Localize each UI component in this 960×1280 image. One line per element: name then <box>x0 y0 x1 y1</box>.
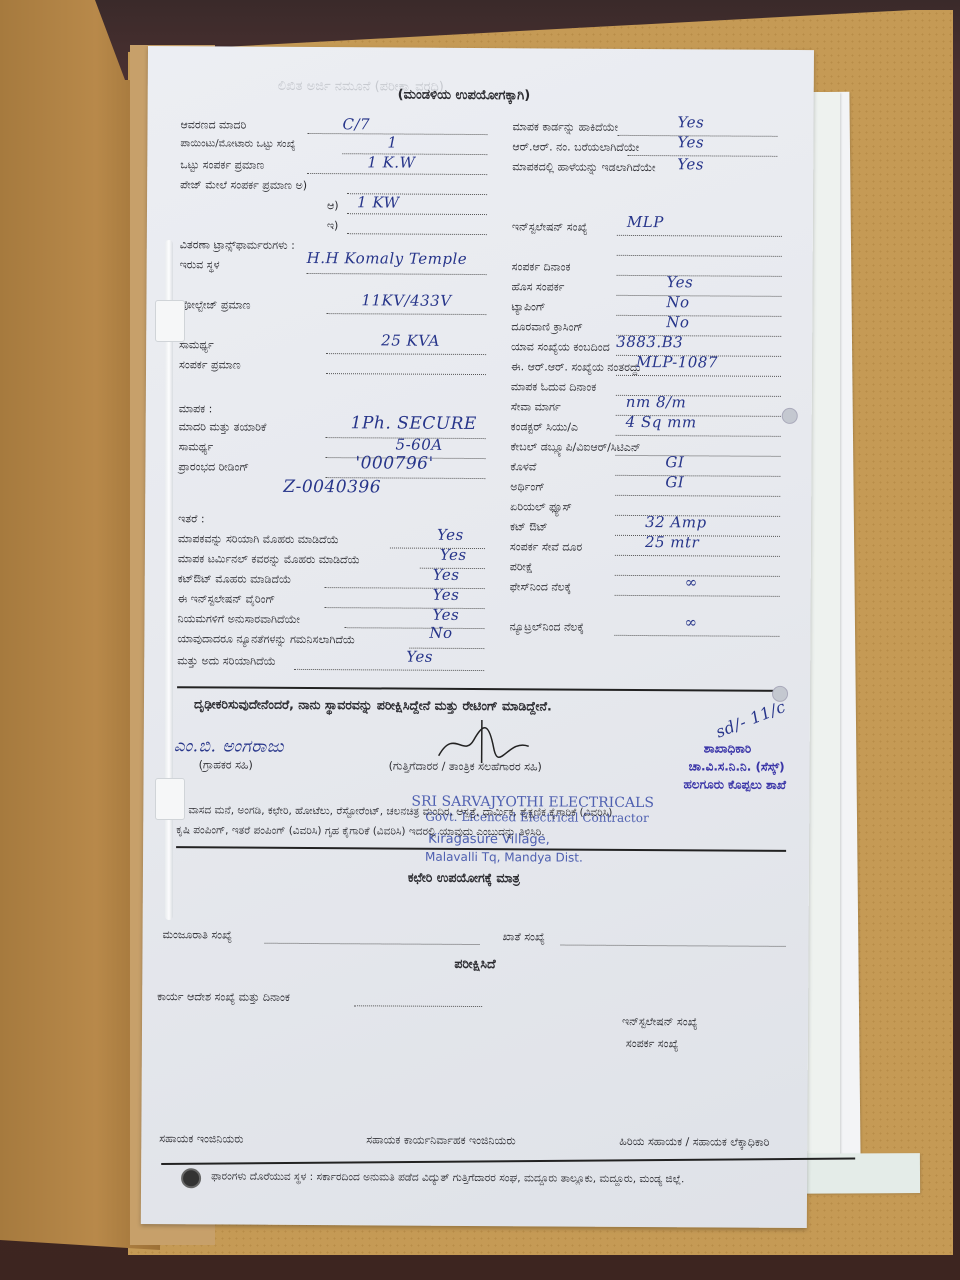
dotted-line <box>617 235 782 237</box>
dotted-line <box>615 475 780 477</box>
form-page: ಲಿಖಿತ ಅರ್ಜಿ ನಮೂನೆ (ಪರೀಕ್ಷಾ ವರದಿ) (ಮಂಡಳಿಯ… <box>141 46 814 1228</box>
divider <box>177 686 787 692</box>
field-label: ಸಂಪರ್ಕ ಪ್ರಮಾಣ <box>179 358 241 372</box>
field-label: ಕಾರ್ಯ ಆದೇಶ ಸಂಖ್ಯೆ ಮತ್ತು ದಿನಾಂಕ <box>157 990 290 1005</box>
dotted-line <box>616 435 781 437</box>
field-value[interactable]: 25 mtr <box>645 533 699 551</box>
field-label: ಸೇವಾ ಮಾರ್ಗ <box>511 400 561 414</box>
field-label: ಪಾಯಿಂಟು/ಮೋಟಾರು ಒಟ್ಟು ಸಂಖ್ಯೆ <box>180 138 295 150</box>
field-label: ಪ್ರಾರಂಭದ ರೀಡಿಂಗ್ <box>178 460 249 474</box>
field-label: ಇನ್‌ಸ್ಟಲೇಷನ್ ಸಂಖ್ಯೆ <box>622 1015 698 1029</box>
field-label: ಇ) <box>327 219 339 233</box>
field-label: ಇನ್‌ಸ್ಟಲೇಷನ್ ಸಂಖ್ಯೆ <box>512 220 588 234</box>
field-label: ಸಾಮರ್ಥ್ಯ <box>179 440 214 454</box>
dotted-line <box>326 353 486 355</box>
field-value-total-load[interactable]: 1 K.W <box>367 153 415 171</box>
field-value-meter-sealed[interactable]: Yes <box>437 526 464 544</box>
dotted-line <box>344 627 484 629</box>
dotted-line <box>307 273 487 275</box>
field-value-cutout-sealed[interactable]: Yes <box>433 566 460 584</box>
contractor-signature-label: (ಗುತ್ತಿಗೆದಾರರ / ತಾಂತ್ರಿಕ ಸಲಹೆಗಾರರ ಸಹಿ) <box>389 759 542 774</box>
usage-text: ವಾಸದ ಮನೆ, ಅಂಗಡಿ, ಕಛೇರಿ, ಹೋಟೆಲು, ರೆಸ್ಟೋರೆ… <box>188 804 612 820</box>
dotted-line <box>561 945 786 947</box>
dotted-line <box>265 943 480 945</box>
field-value[interactable]: GI <box>665 473 684 491</box>
field-label: ಖಾತೆ ಸಂಖ್ಯೆ <box>503 930 545 944</box>
field-label: ಸಂಪರ್ಕ ಸಂಖ್ಯೆ <box>626 1037 679 1051</box>
footer-text: ಫಾರಂಗಳು ದೊರೆಯುವ ಸ್ಥಳ : ಸರ್ಕಾರದಿಂದ ಅನುಮತಿ… <box>211 1170 684 1186</box>
signatory-label: ಹಿರಿಯ ಸಹಾಯಕ / ಸಹಾಯಕ ಲೆಕ್ಕಾಧಿಕಾರಿ <box>619 1135 769 1150</box>
field-value[interactable]: 4 Sq mm <box>626 413 697 431</box>
signatory-label: ಸಹಾಯಕ ಕಾರ್ಯನಿರ್ವಾಹಕ ಇಂಜಿನಿಯರು <box>366 1133 515 1148</box>
dotted-line <box>347 213 487 215</box>
field-label: ಸಂಪರ್ಕ ಸೇವೆ ದೂರ <box>510 540 582 554</box>
field-value[interactable]: ∞ <box>684 613 697 631</box>
dotted-line <box>616 295 781 297</box>
field-value-meter-serial[interactable]: Z-0040396 <box>283 477 381 498</box>
field-label: ಆವರಣದ ಮಾದರಿ <box>180 118 246 132</box>
field-label: ಯಾವ ಸಂಖ್ಯೆಯ ಕಂಬದಿಂದ <box>511 340 610 355</box>
field-label: ಮಾಪಕ ಓದುವ ದಿನಾಂಕ <box>511 380 596 395</box>
section-heading-transformer: ವಿತರಣಾ ಟ್ರಾನ್ಸ್‌ಫಾರ್ಮರುಗಳು : <box>180 238 295 253</box>
emblem-icon <box>181 1168 201 1188</box>
field-value[interactable]: No <box>666 293 689 311</box>
fastener-clip[interactable] <box>155 300 185 342</box>
field-value-is-correct[interactable]: Yes <box>406 648 433 666</box>
field-value[interactable]: 32 Amp <box>645 513 707 531</box>
form-title: (ಮಂಡಳಿಯ ಉಪಯೋಗಕ್ಕಾಗಿ) <box>398 88 531 104</box>
punch-hole <box>772 686 788 702</box>
punch-hole <box>782 408 798 424</box>
dotted-line <box>326 313 486 315</box>
field-value-phase-b[interactable]: 1 KW <box>357 193 400 211</box>
field-value-as-per-rules[interactable]: Yes <box>432 606 459 624</box>
field-label: ಮಾದರಿ ಮತ್ತು ತಯಾರಿಕೆ <box>179 420 267 435</box>
officer-initials: sd/- 11/c <box>713 697 788 742</box>
dotted-line <box>307 173 487 175</box>
dotted-line <box>325 607 485 609</box>
office-use-heading: ಕಛೇರಿ ಉಪಯೋಗಕ್ಕೆ ಮಾತ್ರ <box>408 870 520 887</box>
field-value-voltage[interactable]: 11KV/433V <box>361 291 451 310</box>
field-label: ಆರ್.ಆರ್. ನಂ. ಬರೆಯಲಾಗಿದೆಯೇ <box>512 140 639 155</box>
field-label: ಕೇಬಲ್ ಡಬ್ಲ್ಯೂಪಿ/ವಿಐಆರ್/ಸಿಟಿಎನ್ <box>511 440 641 455</box>
field-label: ಒಟ್ಟು ಸಂಪರ್ಕ ಪ್ರಮಾಣ <box>180 158 264 173</box>
officer-stamp-line: ಹಲಗೂರು ಕೊಪ್ಪಲು ಶಾಖೆ <box>683 777 786 793</box>
consumer-signature-label: (ಗ್ರಾಹಕರ ಸಹಿ) <box>199 758 253 772</box>
divider <box>161 1157 855 1164</box>
field-value[interactable]: MLP-1087 <box>636 353 718 371</box>
field-label: ನಿಯಮಗಳಿಗೆ ಅನುಸಾರವಾಗಿದೆಯೇ <box>177 612 300 627</box>
officer-stamp-line: ಚಾ.ವಿ.ಸ.ನಿ.ನಿ. (ಸೆಸ್ಕ್) <box>689 759 785 775</box>
dotted-line <box>617 275 782 277</box>
dotted-line <box>347 233 487 235</box>
field-value-meter-make[interactable]: 1Ph. SECURE <box>351 413 477 434</box>
field-label: ನ್ಯೂಟ್ರಲ್‌ನಿಂದ ನೆಲಕ್ಕೆ <box>509 620 583 634</box>
field-label: ಏರಿಯಲ್ ಫ್ಯೂಸ್ <box>510 500 572 514</box>
field-value[interactable]: Yes <box>667 273 694 291</box>
field-label: ಆ) <box>327 199 339 213</box>
dotted-line <box>616 315 781 317</box>
consumer-signature: ಎಂ.ಬಿ. ಅಂಗರಾಜು <box>174 736 284 757</box>
usage-text: ಕೃಷಿ ಪಂಪಿಂಗ್, ಇತರೆ ಪಂಪಿಂಗ್ (ವಿವರಿಸಿ) ಗೃಹ… <box>176 824 544 839</box>
field-value[interactable]: ∞ <box>685 573 698 591</box>
contractor-stamp-line: Malavalli Tq, Mandya Dist. <box>425 850 583 865</box>
field-label: ಕೊಳವೆ <box>510 460 536 474</box>
declaration-text: ದೃಢೀಕರಿಸುವುದೇನೆಂದರೆ, ನಾನು ಸ್ಥಾವರವನ್ನು ಪರ… <box>194 696 552 714</box>
field-label: ಕಟ್‌ಔಟ್ ಮೊಹರು ಮಾಡಿದೆಯೆ <box>178 572 292 587</box>
dotted-line <box>616 455 781 457</box>
dotted-line <box>294 669 484 671</box>
field-value-meter-card[interactable]: Yes <box>677 113 704 131</box>
field-label: ಕಂಡಕ್ಟರ್ ಸಿಯು/ಎ <box>511 420 578 434</box>
field-value-premises-type[interactable]: C/7 <box>342 115 370 133</box>
field-label: ಪೇಜ್ ಮೇಲೆ ಸಂಪರ್ಕ ಪ್ರಮಾಣ ಅ) <box>180 178 307 193</box>
field-value-sheet-in-meter[interactable]: Yes <box>677 155 704 173</box>
field-label: ಮಂಜೂರಾತಿ ಸಂಖ್ಯೆ <box>163 928 233 942</box>
field-value[interactable]: nm 8/m <box>626 393 687 411</box>
field-value[interactable]: 3883.B3 <box>616 333 683 351</box>
field-label: ಇರುವ ಸ್ಥಳ <box>180 258 220 272</box>
field-label: ಈ. ಆರ್.ಆರ್. ಸಂಖ್ಯೆಯ ನಂತರದ್ದು <box>511 360 642 375</box>
field-label: ಫೇಸ್‌ನಿಂದ ನೆಲಕ್ಕೆ <box>510 580 572 594</box>
field-value[interactable]: MLP <box>627 213 664 231</box>
field-value-terminal-sealed[interactable]: Yes <box>440 546 467 564</box>
signatory-label: ಸಹಾಯಕ ಇಂಜಿನಿಯರು <box>159 1132 243 1147</box>
field-label: ಈ ಇನ್‌ಸ್ಟಲೇಷನ್ ವೈರಿಂಗ್ <box>178 592 276 607</box>
field-value-rr-no-written[interactable]: Yes <box>677 133 704 151</box>
field-value-location[interactable]: H.H Komaly Temple <box>307 249 468 268</box>
dotted-line <box>325 587 485 589</box>
field-label: ಸಂಪರ್ಕ ದಿನಾಂಕ <box>512 260 571 274</box>
field-value-meter-capacity[interactable]: 5-60A <box>396 436 443 454</box>
dotted-line <box>617 255 782 257</box>
checked-heading: ಪರೀಕ್ಷಿಸಿದೆ <box>454 956 495 972</box>
field-label: ಯಾವುದಾದರೂ ನ್ಯೂನತೆಗಳನ್ನು ಗಮನಿಸಲಾಗಿದೆಯೆ <box>177 632 355 647</box>
field-value[interactable]: GI <box>665 453 684 471</box>
field-value-wiring[interactable]: Yes <box>433 586 460 604</box>
field-label: ದೂರವಾಣಿ ಕ್ರಾಸಿಂಗ್ <box>511 320 583 334</box>
field-value-capacity[interactable]: 25 KVA <box>381 331 440 349</box>
fastener-clip[interactable] <box>155 778 185 820</box>
section-heading-meter: ಮಾಪಕ : <box>179 402 213 416</box>
field-label: ಮಾಪಕವನ್ನು ಸರಿಯಾಗಿ ಮೊಹರು ಮಾಡಿದೆಯೆ <box>178 532 339 547</box>
field-label: ವೋಲ್ಟೇಜ್ ಪ್ರಮಾಣ <box>179 298 250 312</box>
dotted-line <box>615 595 780 597</box>
field-label: ಅರ್ಥಿಂಗ್ <box>510 480 545 494</box>
field-label: ಕಟ್ ಔಟ್ <box>510 520 548 534</box>
field-value[interactable]: No <box>666 313 689 331</box>
dotted-line <box>326 373 486 375</box>
dotted-line <box>614 635 779 637</box>
field-value-defects-noted[interactable]: No <box>429 624 452 642</box>
dotted-line <box>615 495 780 497</box>
field-label: ಟ್ಯಾಪಿಂಗ್ <box>511 300 545 314</box>
field-value-points-count[interactable]: 1 <box>387 133 397 151</box>
field-value-initial-reading[interactable]: '000796' <box>355 453 433 473</box>
field-label: ಮಾಪಕ ಟರ್ಮಿನಲ್ ಕವರನ್ನು ಮೊಹರು ಮಾಡಿದೆಯೆ <box>178 552 360 567</box>
dotted-line <box>615 555 780 557</box>
file-fastener[interactable] <box>155 240 183 920</box>
field-label: ಪರೀಕ್ಷೆ <box>510 560 533 574</box>
dotted-line <box>354 1005 482 1007</box>
field-label: ಮತ್ತು ಅದು ಸರಿಯಾಗಿದೆಯೆ <box>177 654 276 669</box>
field-label: ಹೊಸ ಸಂಪರ್ಕ <box>511 280 564 294</box>
dotted-line <box>390 547 485 549</box>
field-label: ಮಾಪಕ ಕಾರ್ಡನ್ನು ಹಾಕಿದೆಯೇ <box>512 120 618 135</box>
dotted-line <box>616 375 781 377</box>
field-label: ಮಾಪಕದಲ್ಲಿ ಹಾಳೆಯನ್ನು ಇಡಲಾಗಿದೆಯೇ <box>512 160 655 175</box>
officer-stamp-line: ಶಾಖಾಧಿಕಾರಿ <box>704 741 752 756</box>
